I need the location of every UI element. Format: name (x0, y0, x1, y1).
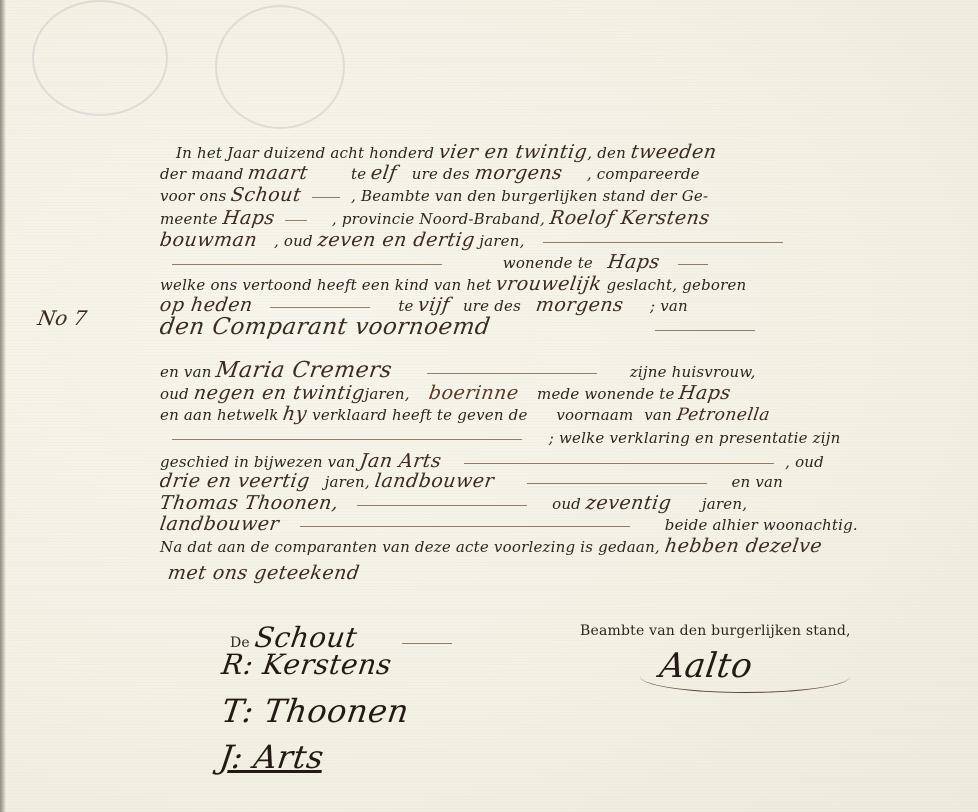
handwritten-month: maart (247, 163, 310, 183)
printed-text: , oud (785, 453, 824, 471)
handwritten-official-title: Schout (230, 185, 303, 205)
handwritten-father-age: zeven en dertig (316, 230, 476, 250)
page-edge-shadow (0, 0, 6, 812)
printed-text: , provincie Noord-Braband, (332, 210, 545, 228)
handwritten-witness-2-name: Thomas Thoonen, (159, 493, 340, 513)
printed-text: voor ons (160, 187, 226, 205)
text-line-1: In het Jaar duizend acht honderd vier en… (176, 142, 716, 163)
printed-text: geslacht, geboren (607, 276, 747, 294)
official-label: Beambte van den burgerlijken stand, (580, 620, 851, 641)
printed-text: jaren, (702, 495, 747, 513)
handwritten-closing: hebben dezelve (663, 536, 823, 556)
printed-text: te (351, 165, 366, 183)
printed-text: , Beambte van den burgerlijken stand der… (351, 187, 708, 205)
signature-witness-1-row: T: Thoonen (222, 692, 409, 730)
printed-text: In het Jaar duizend acht honderd (176, 144, 434, 162)
printed-text: ; welke verklaring en presentatie zijn (549, 429, 841, 447)
printed-text: jaren, (325, 473, 370, 491)
text-line-3: voor ons Schout , Beambte van den burger… (160, 185, 708, 206)
text-line-7: welke ons vertoond heeft een kind van he… (160, 274, 746, 295)
text-line-18: Na dat aan de comparanten van deze acte … (160, 536, 822, 557)
handwritten-birth-time-of-day: morgens (534, 295, 624, 315)
printed-text: en van (160, 363, 212, 381)
printed-text: mede wonende te (537, 385, 675, 403)
printed-text: jaren, (479, 232, 524, 250)
printed-text: der maand (160, 165, 244, 183)
text-line-14: geschied in bijwezen van Jan Arts , oud (160, 451, 824, 472)
printed-text: verklaard heeft te geven de (312, 406, 527, 424)
handwritten-father-occupation: bouwman (159, 230, 259, 250)
printed-text: geschied in bijwezen van (160, 453, 355, 471)
text-line-6: wonende te Haps (160, 252, 714, 273)
handwritten-witness-1-occupation: landbouwer (373, 471, 495, 491)
printed-text: ; van (650, 297, 688, 315)
signature-father-row: R: Kerstens (222, 648, 392, 681)
text-line-13: ; welke verklaring en presentatie zijn (160, 428, 840, 448)
printed-text: voornaam (556, 406, 633, 424)
printed-text: wonende te (503, 254, 593, 272)
printed-text: jaren, (364, 385, 409, 403)
handwritten-time-of-day: morgens (473, 163, 563, 183)
printed-text: ure des (412, 165, 470, 183)
handwritten-sex: vrouwelijk (495, 274, 603, 294)
printed-text: oud (552, 495, 581, 513)
printed-text: , compareerde (587, 165, 700, 183)
text-line-16: Thomas Thoonen, oud zeventig jaren, (160, 493, 747, 514)
printed-text: , den (587, 144, 626, 162)
printed-text: welke ons vertoond heeft een kind van he… (160, 276, 492, 294)
text-line-11: oud negen en twintigjaren, boerinne mede… (160, 383, 731, 404)
printed-text: te (398, 297, 413, 315)
handwritten-day: tweeden (629, 142, 717, 162)
text-line-12: en aan hetwelk hy verklaard heeft te gev… (160, 404, 770, 425)
text-line-17: landbouwer beide alhier woonachtig. (160, 514, 858, 535)
printed-text: zijne huisvrouw, (630, 363, 756, 381)
text-line-15: drie en veertig jaren, landbouwer en van (160, 471, 783, 492)
signature-witness-arts: J: Arts (217, 738, 326, 776)
printed-text: van (644, 406, 672, 424)
handwritten-witness-2-age: zeventig (584, 493, 672, 513)
handwritten-residence: Haps (606, 252, 661, 272)
printed-text: en van (731, 473, 783, 491)
handwritten-hour: elf (370, 163, 399, 183)
handwritten-birth-day: op heden (159, 295, 255, 315)
text-line-9: den Comparant voornoemd (160, 317, 761, 339)
handwritten-birth-hour: vijf (417, 295, 452, 315)
text-line-4: meente Haps , provincie Noord-Braband, R… (160, 208, 709, 229)
signature-flourish (640, 660, 850, 693)
handwritten-year: vier en twintig (438, 142, 589, 162)
handwritten-pronoun: hy (282, 404, 309, 424)
handwritten-father-reference: den Comparant voornoemd (159, 317, 492, 337)
handwritten-witness-1-name: Jan Arts (359, 451, 443, 471)
printed-text: Na dat aan de comparanten van deze acte … (160, 538, 660, 556)
text-line-8: op heden te vijf ure des morgens ; van (160, 295, 688, 316)
printed-text: , oud (274, 232, 313, 250)
margin-record-number: No 7 (36, 306, 89, 330)
handwritten-witness-2-occupation: landbouwer (159, 514, 281, 534)
handwritten-father-name: Roelof Kerstens (548, 208, 711, 228)
handwritten-municipality: Haps (221, 208, 276, 228)
text-line-2: der maand maart te elf ure des morgens ,… (160, 163, 700, 184)
handwritten-mother-occupation: boerinne (427, 383, 520, 403)
printed-text: en aan hetwelk (160, 406, 279, 424)
handwritten-witness-1-age: drie en veertig (159, 471, 312, 491)
handwritten-mother-name: Maria Cremers (215, 361, 394, 381)
signature-witness-thoonen: T: Thoonen (219, 692, 411, 730)
handwritten-child-name: Petronella (675, 405, 771, 425)
printed-text: oud (160, 385, 189, 403)
handwritten-mother-residence: Haps (678, 383, 733, 403)
text-line-10: en van Maria Cremers zijne huisvrouw, (160, 361, 756, 382)
faded-stamp (215, 5, 345, 129)
text-line-5: bouwman , oud zeven en dertig jaren, (160, 230, 789, 251)
printed-text: beide alhier woonachtig. (665, 516, 858, 534)
printed-text: meente (160, 210, 218, 228)
printed-text: ure des (463, 297, 521, 315)
text-line-19: met ons geteekend (168, 563, 360, 584)
signature-father: R: Kerstens (220, 648, 394, 681)
faded-stamp (32, 0, 168, 116)
signature-schout: Schout (253, 628, 358, 648)
signature-witness-2-row: J: Arts (220, 738, 324, 776)
handwritten-mother-age: negen en twintig (192, 383, 366, 403)
printed-text: Beambte van den burgerlijken stand, (580, 623, 851, 639)
handwritten-closing-2: met ons geteekend (167, 563, 361, 583)
